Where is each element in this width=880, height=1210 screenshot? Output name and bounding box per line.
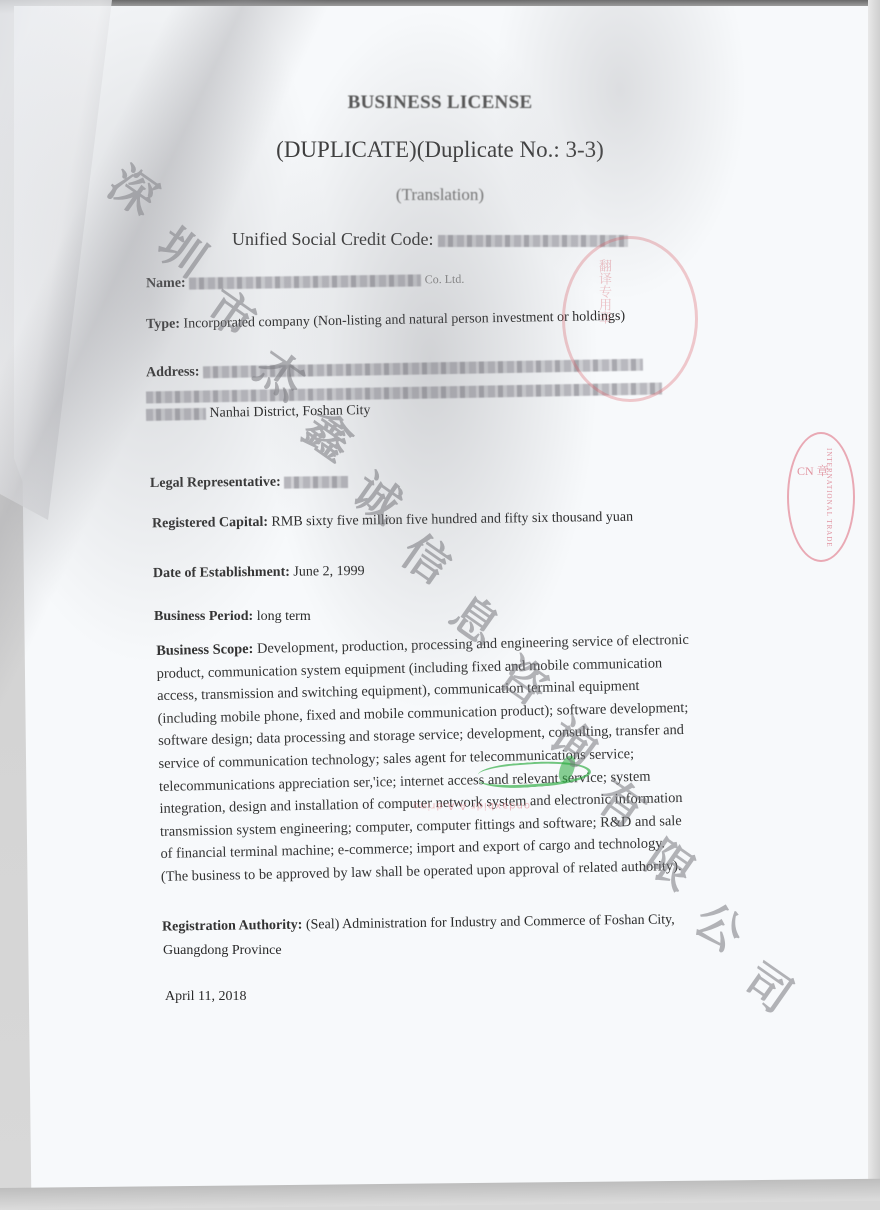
document-title: BUSINESS LICENSE xyxy=(0,92,880,114)
address-field: Address: xyxy=(146,356,643,383)
date-of-establishment-value: June 2, 1999 xyxy=(293,564,364,580)
business-period-value: long term xyxy=(257,609,311,624)
address-redacted-line3 xyxy=(146,408,206,421)
watermark-character: 公 xyxy=(687,895,751,959)
address-label: Address: xyxy=(146,364,200,380)
address-redacted-line2 xyxy=(146,382,662,403)
watermark-character: 司 xyxy=(736,956,800,1020)
date-of-establishment-field: Date of Establishment: June 2, 1999 xyxy=(153,563,365,583)
registration-authority-field: Registration Authority: (Seal) Administr… xyxy=(162,911,675,936)
business-period-label: Business Period: xyxy=(154,609,253,624)
type-label: Type: xyxy=(146,317,180,333)
registered-capital-label: Registered Capital: xyxy=(152,515,268,532)
mirrored-seal-text: ondaxbidr A.A.drino xyxy=(412,800,530,811)
address-field-line2 xyxy=(146,379,662,406)
registration-authority-value: (Seal) Administration for Industry and C… xyxy=(306,912,675,932)
registration-authority-line2: Guangdong Province xyxy=(163,942,282,960)
business-license-document: BUSINESS LICENSE (DUPLICATE)(Duplicate N… xyxy=(0,0,880,1210)
date-of-establishment-label: Date of Establishment: xyxy=(153,565,290,581)
issue-date: April 11, 2018 xyxy=(165,988,247,1006)
business-period-field: Business Period: long term xyxy=(154,608,311,626)
red-translation-seal: 翻译专用章 xyxy=(562,236,698,402)
watermark-character: 信 xyxy=(394,527,458,591)
legal-representative-field: Legal Representative: xyxy=(150,473,348,493)
watermark-character: 深 xyxy=(101,159,165,223)
legal-representative-label: Legal Representative: xyxy=(150,475,281,491)
registered-capital-value: RMB sixty five million five hundred and … xyxy=(271,510,633,530)
credit-code-line: Unified Social Credit Code: xyxy=(232,229,628,250)
credit-code-label: Unified Social Credit Code: xyxy=(232,229,433,249)
business-scope-label: Business Scope: xyxy=(156,641,253,659)
red-round-seal: INTERNATIONAL TRADE CN 章 xyxy=(787,432,855,562)
name-value: Co. Ltd. xyxy=(425,272,465,287)
registration-authority-label: Registration Authority: xyxy=(162,918,303,935)
legal-representative-redacted xyxy=(284,476,348,489)
